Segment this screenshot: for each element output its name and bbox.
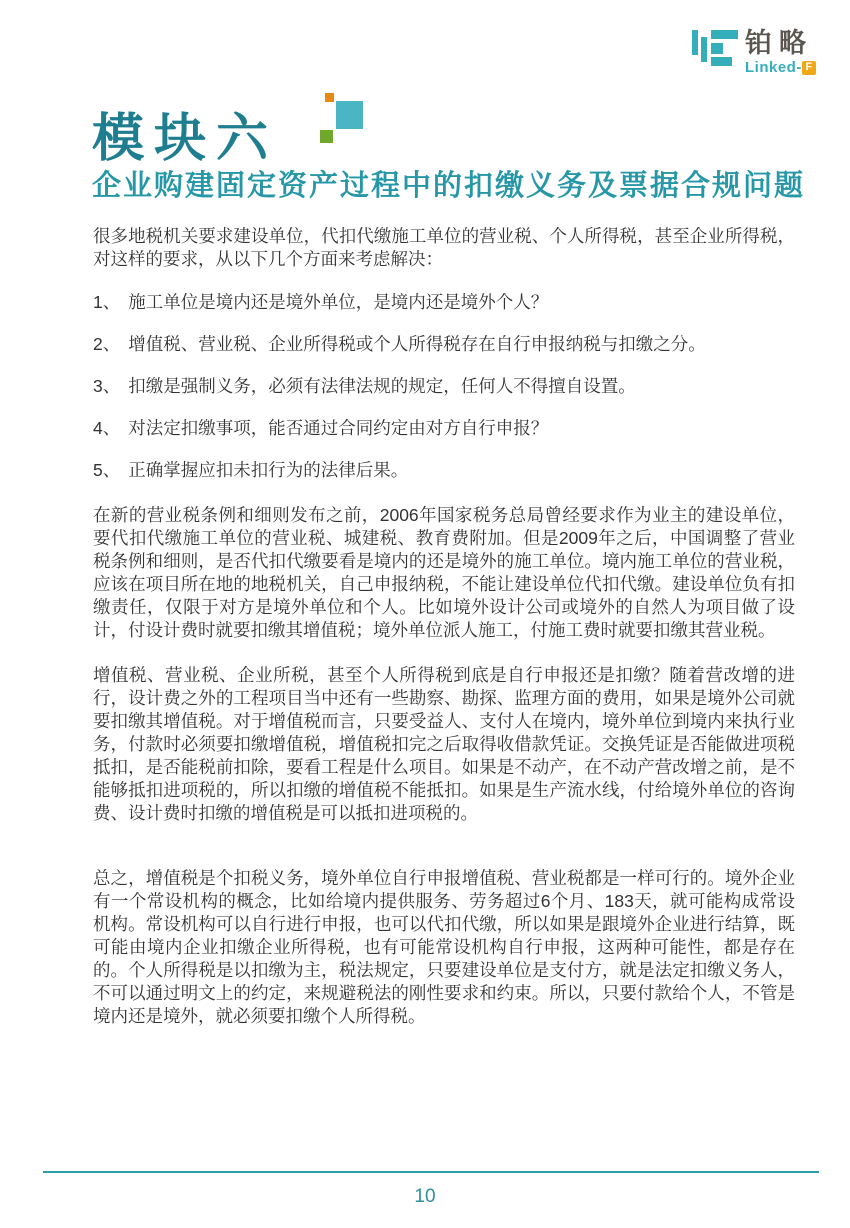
footer-divider-line — [43, 1171, 819, 1173]
body-paragraph: 在新的营业税条例和细则发布之前，2006年国家税务总局曾经要求作为业主的建设单位… — [93, 504, 795, 642]
list-item-number: 2、 — [93, 334, 120, 354]
document-body: 很多地税机关要求建设单位，代扣代缴施工单位的营业税、个人所得税，甚至企业所得税，… — [93, 225, 795, 1028]
linked-f-blocks-icon — [692, 30, 738, 68]
list-item-text: 对法定扣缴事项，能否通过合同约定由对方自行申报？ — [128, 418, 548, 438]
body-paragraph: 增值税、营业税、企业所税，甚至个人所得税到底是自行申报还是扣缴？随着营改增的进行… — [93, 664, 795, 825]
list-item-number: 5、 — [93, 460, 120, 480]
page-number: 10 — [0, 1186, 850, 1208]
list-item: 5、正确掌握应扣未扣行为的法律后果。 — [93, 459, 795, 482]
brand-logo-text: 铂略 Linked- F — [745, 30, 816, 75]
brand-logo: 铂略 Linked- F — [692, 30, 816, 75]
list-item-text: 施工单位是境内还是境外单位，是境内还是境外个人？ — [128, 292, 548, 312]
decorative-green-square — [320, 130, 333, 143]
numbered-list: 1、施工单位是境内还是境外单位，是境内还是境外个人？ 2、增值税、营业税、企业所… — [93, 291, 795, 482]
brand-name-chinese: 铂略 — [745, 30, 816, 57]
decorative-teal-square — [336, 101, 363, 129]
list-item-number: 1、 — [93, 292, 120, 312]
decorative-orange-square — [325, 93, 334, 102]
list-item: 1、施工单位是境内还是境外单位，是境内还是境外个人？ — [93, 291, 795, 314]
list-item: 4、对法定扣缴事项，能否通过合同约定由对方自行申报？ — [93, 417, 795, 440]
brand-f-badge: F — [802, 61, 816, 75]
module-title: 模块六 — [92, 96, 278, 171]
list-item: 3、扣缴是强制义务，必须有法律法规的规定，任何人不得擅自设置。 — [93, 375, 795, 398]
list-item: 2、增值税、营业税、企业所得税或个人所得税存在自行申报纳税与扣缴之分。 — [93, 333, 795, 356]
page-subtitle: 企业购建固定资产过程中的扣缴义务及票据合规问题 — [92, 163, 808, 204]
list-item-number: 3、 — [93, 376, 120, 396]
body-paragraph: 总之，增值税是个扣税义务，境外单位自行申报增值税、营业税都是一样可行的。境外企业… — [93, 867, 795, 1028]
intro-paragraph: 很多地税机关要求建设单位，代扣代缴施工单位的营业税、个人所得税，甚至企业所得税，… — [93, 225, 795, 271]
brand-name-english: Linked- F — [745, 60, 816, 75]
brand-name-english-prefix: Linked- — [745, 60, 802, 75]
list-item-text: 扣缴是强制义务，必须有法律法规的规定，任何人不得擅自设置。 — [128, 376, 636, 396]
list-item-number: 4、 — [93, 418, 120, 438]
list-item-text: 增值税、营业税、企业所得税或个人所得税存在自行申报纳税与扣缴之分。 — [128, 334, 706, 354]
list-item-text: 正确掌握应扣未扣行为的法律后果。 — [128, 460, 408, 480]
